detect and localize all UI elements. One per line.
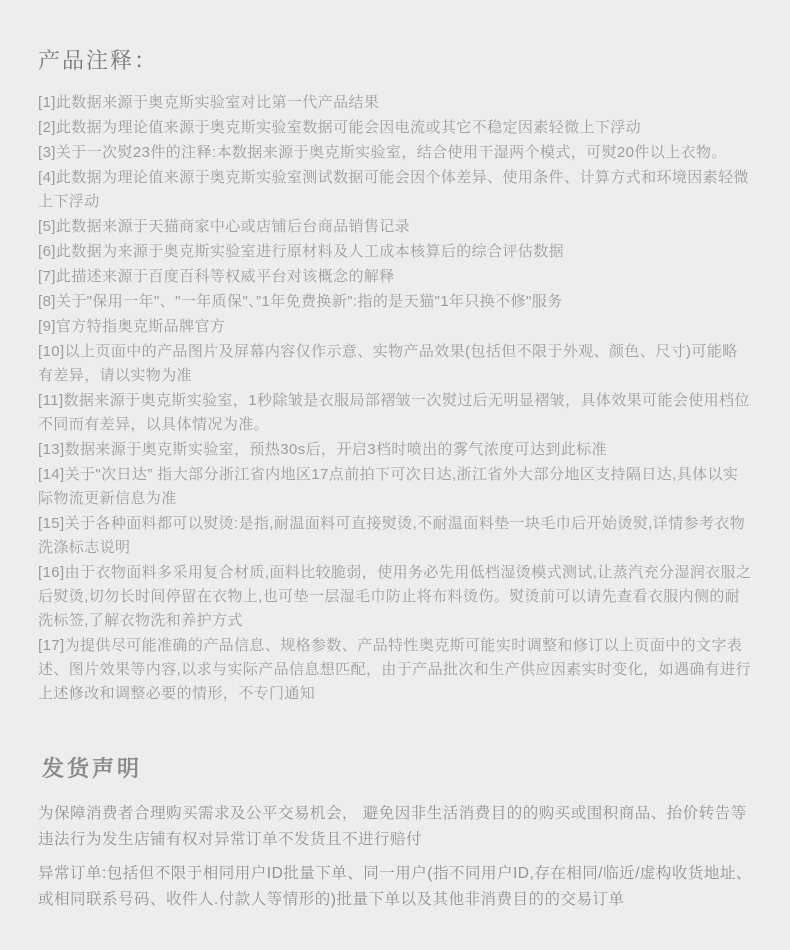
product-note-item: [14]关于"次日达” 指大部分浙江省内地区17点前拍下可次日达,浙江省外大部分… (38, 463, 752, 511)
product-note-item: [9]官方特指奥克斯品牌官方 (38, 315, 752, 339)
product-note-item: [11]数据来源于奥克斯实验室，1秒除皱是衣服局部褶皱一次熨过后无明显褶皱，具体… (38, 389, 752, 437)
product-note-item: [16]由于衣物面料多采用复合材质,面料比较脆弱，使用务必先用低档湿烫模式测试,… (38, 561, 752, 633)
product-note-item: [10]以上页面中的产品图片及屏幕内容仅作示意、实物产品效果(包括但不限于外观、… (38, 340, 752, 388)
shipping-statement-paragraphs: 为保障消费者合理购买需求及公平交易机会， 避免因非生活消费目的的购买或围积商品、… (38, 801, 752, 913)
product-note-item: [4]此数据为理论值来源于奥克斯实验室测试数据可能会因个体差异、使用条件、计算方… (38, 166, 752, 214)
product-notes-section: 产品注释： [1]此数据来源于奥克斯实验室对比第一代产品结果[2]此数据为理论值… (38, 44, 752, 706)
product-note-item: [2]此数据为理论值来源于奥克斯实验室数据可能会因电流或其它不稳定因素轻微上下浮… (38, 116, 752, 140)
product-note-item: [3]关于一次熨23件的注释:本数据来源于奥克斯实验室，结合使用干湿两个模式，可… (38, 141, 752, 165)
product-note-item: [8]关于"保用一年"、"一年质保"、”1年免费换新":指的是天猫"1年只换不修… (38, 290, 752, 314)
product-detail-page: 产品注释： [1]此数据来源于奥克斯实验室对比第一代产品结果[2]此数据为理论值… (0, 0, 790, 913)
shipping-statement-section: 发货声明 为保障消费者合理购买需求及公平交易机会， 避免因非生活消费目的的购买或… (38, 752, 752, 913)
product-note-item: [7]此描述来源于百度百科等权威平台对该概念的解释 (38, 265, 752, 289)
shipping-statement-title: 发货声明 (42, 752, 752, 783)
product-notes-title: 产品注释： (38, 44, 752, 75)
product-note-item: [6]此数据为来源于奥克斯实验室进行原材料及人工成本核算后的综合评估数据 (38, 240, 752, 264)
product-notes-list: [1]此数据来源于奥克斯实验室对比第一代产品结果[2]此数据为理论值来源于奥克斯… (38, 91, 752, 706)
product-note-item: [13]数据来源于奥克斯实验室，预热30s后，开启3档时喷出的雾气浓度可达到此标… (38, 438, 752, 462)
product-note-item: [5]此数据来源于天猫商家中心或店铺后台商品销售记录 (38, 215, 752, 239)
product-note-item: [17]为提供尽可能准确的产品信息、规格参数、产品特性奥克斯可能实时调整和修订以… (38, 634, 752, 706)
product-note-item: [1]此数据来源于奥克斯实验室对比第一代产品结果 (38, 91, 752, 115)
product-note-item: [15]关于各种面料都可以熨烫:是指,耐温面料可直接熨烫,不耐温面料垫一块毛巾后… (38, 512, 752, 560)
shipping-statement-paragraph: 异常订单:包括但不限于相同用户ID批量下单、同一用户(指不同用户ID,存在相同/… (38, 861, 752, 913)
shipping-statement-paragraph: 为保障消费者合理购买需求及公平交易机会， 避免因非生活消费目的的购买或围积商品、… (38, 801, 752, 853)
